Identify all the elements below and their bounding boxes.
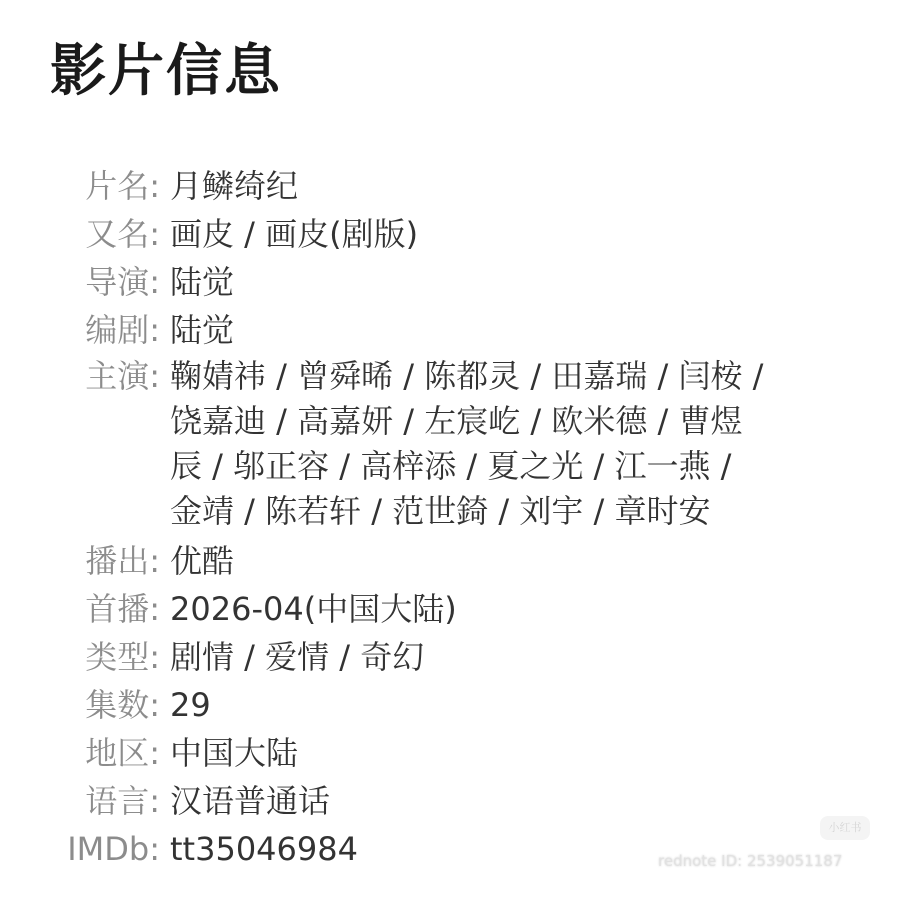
field-label: 又名: bbox=[0, 210, 160, 258]
info-row-cast: 主演: 鞠婧祎 / 曾舜晞 / 陈都灵 / 田嘉瑞 / 闫桉 / 饶嘉迪 / 高… bbox=[0, 354, 900, 534]
field-label: 导演: bbox=[0, 258, 160, 306]
cast-line: 饶嘉迪 / 高嘉妍 / 左宸屹 / 欧米德 / 曹煜 bbox=[170, 399, 850, 444]
field-value: 剧情 / 爱情 / 奇幻 bbox=[170, 633, 850, 681]
field-label: 片名: bbox=[0, 162, 160, 210]
field-label: 首播: bbox=[0, 585, 160, 633]
cast-line: 金靖 / 陈若轩 / 范世錡 / 刘宇 / 章时安 bbox=[170, 489, 850, 534]
field-value: 2026-04(中国大陆) bbox=[170, 585, 850, 633]
field-value: 中国大陆 bbox=[170, 729, 850, 777]
info-row-language: 语言: 汉语普通话 bbox=[0, 777, 900, 825]
cast-line: 鞠婧祎 / 曾舜晞 / 陈都灵 / 田嘉瑞 / 闫桉 / bbox=[170, 354, 850, 399]
field-label: 主演: bbox=[0, 354, 160, 399]
info-row-writer: 编剧: 陆觉 bbox=[0, 306, 900, 354]
field-value: 月鳞绮纪 bbox=[170, 162, 850, 210]
info-row-premiere: 首播: 2026-04(中国大陆) bbox=[0, 585, 900, 633]
field-value: 优酷 bbox=[170, 537, 850, 585]
movie-info-list: 片名: 月鳞绮纪 又名: 画皮 / 画皮(剧版) 导演: 陆觉 编剧: 陆觉 主… bbox=[0, 162, 900, 873]
cast-line: 辰 / 邬正容 / 高梓添 / 夏之光 / 江一燕 / bbox=[170, 444, 850, 489]
field-value: 画皮 / 画皮(剧版) bbox=[170, 210, 850, 258]
info-row-network: 播出: 优酷 bbox=[0, 537, 900, 585]
watermark-badge: 小红书 bbox=[820, 816, 870, 840]
info-row-region: 地区: 中国大陆 bbox=[0, 729, 900, 777]
field-value: 汉语普通话 bbox=[170, 777, 850, 825]
field-label: 地区: bbox=[0, 729, 160, 777]
field-label: 集数: bbox=[0, 681, 160, 729]
field-value: 陆觉 bbox=[170, 258, 850, 306]
info-row-title: 片名: 月鳞绮纪 bbox=[0, 162, 900, 210]
info-row-genre: 类型: 剧情 / 爱情 / 奇幻 bbox=[0, 633, 900, 681]
field-label: IMDb: bbox=[0, 825, 160, 873]
info-row-episodes: 集数: 29 bbox=[0, 681, 900, 729]
field-label: 播出: bbox=[0, 537, 160, 585]
cast-list: 鞠婧祎 / 曾舜晞 / 陈都灵 / 田嘉瑞 / 闫桉 / 饶嘉迪 / 高嘉妍 /… bbox=[170, 354, 850, 534]
page-title: 影片信息 bbox=[50, 36, 282, 108]
field-label: 语言: bbox=[0, 777, 160, 825]
info-row-director: 导演: 陆觉 bbox=[0, 258, 900, 306]
info-row-aka: 又名: 画皮 / 画皮(剧版) bbox=[0, 210, 900, 258]
field-label: 编剧: bbox=[0, 306, 160, 354]
watermark-id: rednote ID: 2539051187 bbox=[658, 852, 842, 870]
field-label: 类型: bbox=[0, 633, 160, 681]
field-value: 29 bbox=[170, 681, 850, 729]
field-value: 陆觉 bbox=[170, 306, 850, 354]
